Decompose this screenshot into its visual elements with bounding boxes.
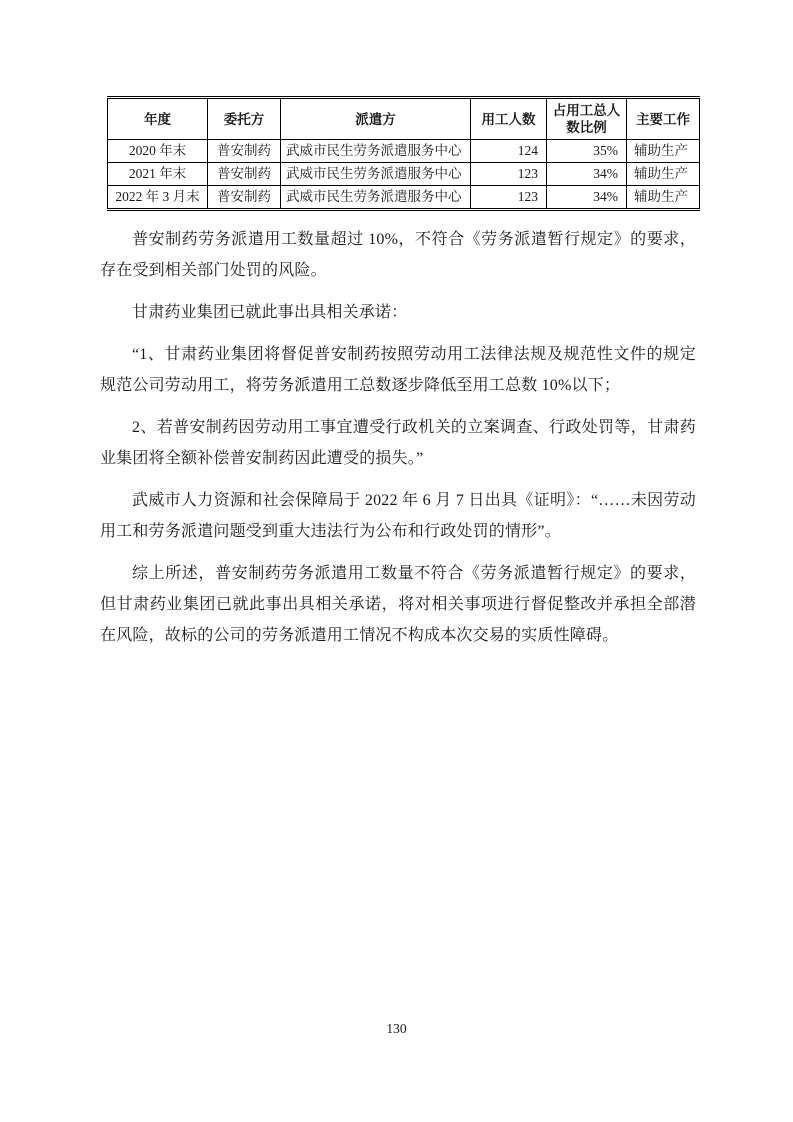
table-header-year: 年度: [108, 98, 208, 140]
document-page: 年度 委托方 派遣方 用工人数 占用工总人数比例 主要工作 2020 年末 普安…: [0, 0, 793, 1122]
cell-main-work: 辅助生产: [627, 186, 700, 210]
table-header-worker-count: 用工人数: [471, 98, 547, 140]
cell-client: 普安制药: [208, 163, 281, 186]
cell-year: 2020 年末: [108, 140, 208, 163]
table-header-main-work: 主要工作: [627, 98, 700, 140]
cell-ratio: 35%: [547, 140, 627, 163]
cell-client: 普安制药: [208, 186, 281, 210]
table-row: 2020 年末 普安制药 武威市民生劳务派遣服务中心 124 35% 辅助生产: [108, 140, 700, 163]
page-content: 年度 委托方 派遣方 用工人数 占用工总人数比例 主要工作 2020 年末 普安…: [100, 96, 696, 651]
page-number: 130: [0, 1021, 793, 1037]
cell-dispatcher: 武威市民生劳务派遣服务中心: [281, 186, 471, 210]
table-header-dispatcher: 派遣方: [281, 98, 471, 140]
cell-ratio: 34%: [547, 163, 627, 186]
table-row: 2021 年末 普安制药 武威市民生劳务派遣服务中心 123 34% 辅助生产: [108, 163, 700, 186]
paragraph-commitment-item-2: 2、若普安制药因劳动用工事宜遭受行政机关的立案调查、行政处罚等，甘肃药业集团将全…: [100, 412, 696, 474]
paragraph-conclusion: 综上所述，普安制药劳务派遣用工数量不符合《劳务派遣暂行规定》的要求，但甘肃药业集…: [100, 558, 696, 651]
cell-year: 2022 年 3 月末: [108, 186, 208, 210]
cell-main-work: 辅助生产: [627, 140, 700, 163]
cell-worker-count: 123: [471, 186, 547, 210]
table-header-ratio: 占用工总人数比例: [547, 98, 627, 140]
labor-dispatch-table: 年度 委托方 派遣方 用工人数 占用工总人数比例 主要工作 2020 年末 普安…: [107, 96, 700, 211]
cell-ratio: 34%: [547, 186, 627, 210]
cell-dispatcher: 武威市民生劳务派遣服务中心: [281, 163, 471, 186]
table-header-row: 年度 委托方 派遣方 用工人数 占用工总人数比例 主要工作: [108, 98, 700, 140]
cell-main-work: 辅助生产: [627, 163, 700, 186]
cell-client: 普安制药: [208, 140, 281, 163]
cell-dispatcher: 武威市民生劳务派遣服务中心: [281, 140, 471, 163]
paragraph-risk-statement: 普安制药劳务派遣用工数量超过 10%，不符合《劳务派遣暂行规定》的要求，存在受到…: [100, 224, 696, 286]
paragraph-certificate: 武威市人力资源和社会保障局于 2022 年 6 月 7 日出具《证明》：“……未…: [100, 485, 696, 547]
table-row: 2022 年 3 月末 普安制药 武威市民生劳务派遣服务中心 123 34% 辅…: [108, 186, 700, 210]
cell-worker-count: 124: [471, 140, 547, 163]
cell-worker-count: 123: [471, 163, 547, 186]
paragraph-commitment-item-1: “1、甘肃药业集团将督促普安制药按照劳动用工法律法规及规范性文件的规定规范公司劳…: [100, 339, 696, 401]
paragraph-commitment-intro: 甘肃药业集团已就此事出具相关承诺：: [100, 297, 696, 328]
table-header-client: 委托方: [208, 98, 281, 140]
cell-year: 2021 年末: [108, 163, 208, 186]
